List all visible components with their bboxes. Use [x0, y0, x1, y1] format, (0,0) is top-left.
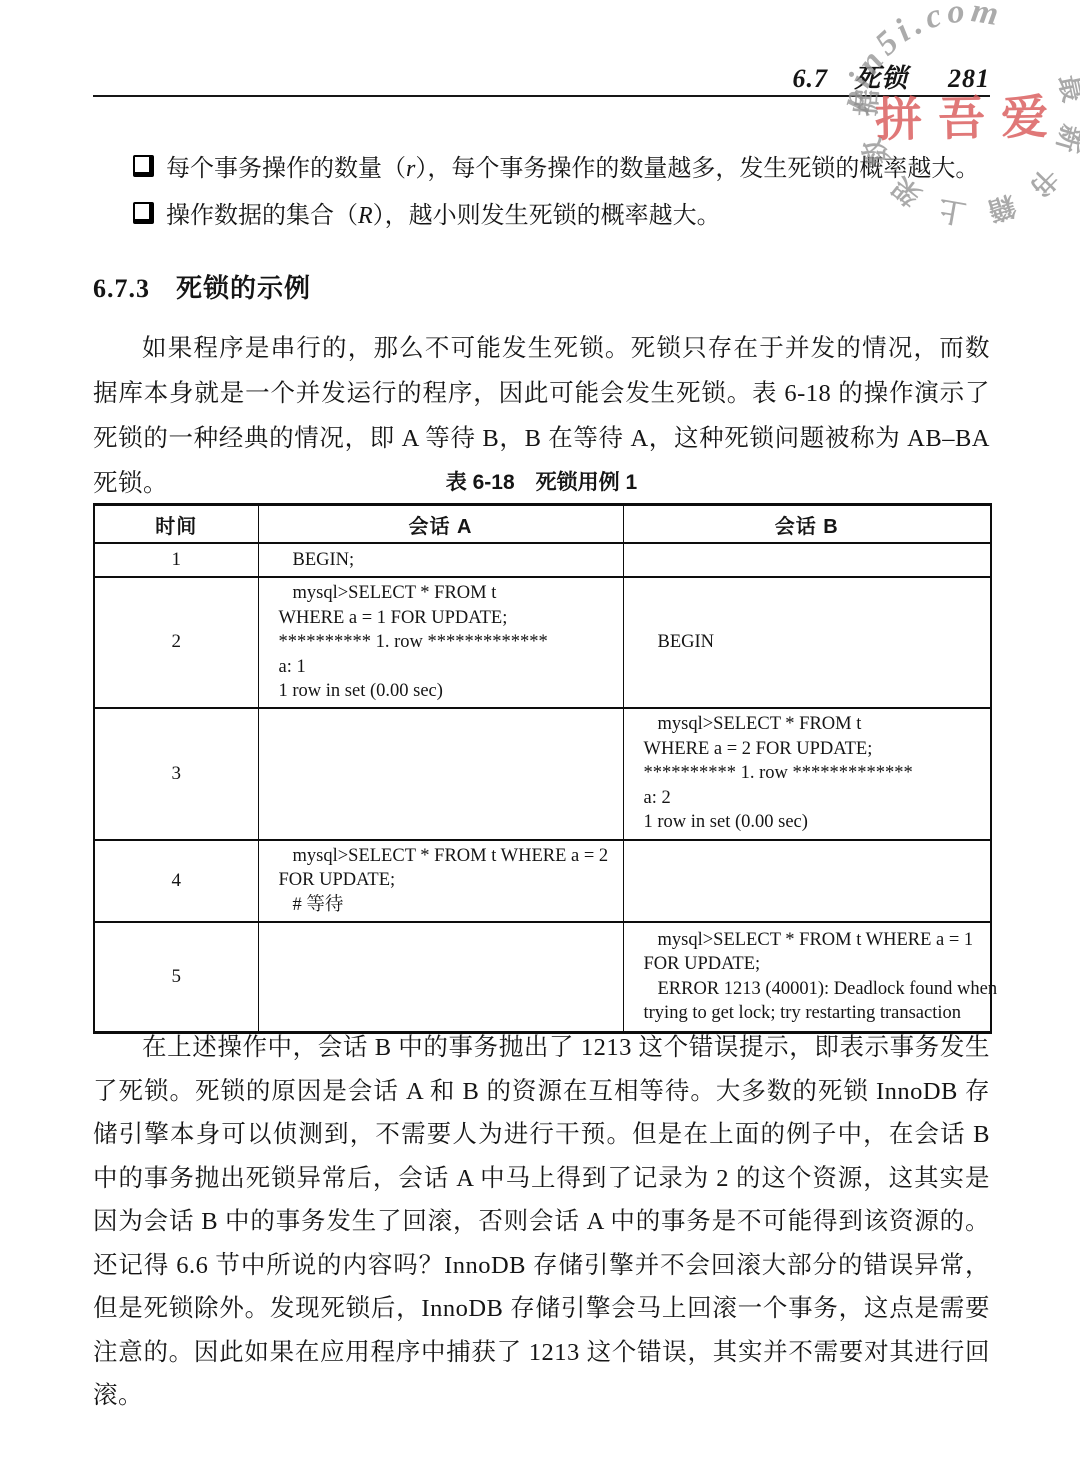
- header-rule: [93, 95, 990, 97]
- code-line: mysql>SELECT * FROM t WHERE a = 1: [628, 928, 987, 953]
- code-line: 1 row in set (0.00 sec): [628, 810, 987, 835]
- running-head-section-number: 6.7: [792, 64, 828, 93]
- code-line: trying to get lock; try restarting trans…: [628, 1001, 987, 1026]
- bullet-text: ），越小则发生死锁的概率越大。: [373, 203, 721, 229]
- column-header: 会话 A: [258, 505, 623, 544]
- table-row: 3mysql>SELECT * FROM tWHERE a = 2 FOR UP…: [94, 708, 991, 840]
- code-line: ********** 1. row *************: [263, 630, 619, 655]
- watermark-ring-char: 新: [1050, 120, 1080, 157]
- bullet-item: 操作数据的集合（R），越小则发生死锁的概率越大。: [133, 193, 993, 240]
- running-head-section-title: 死锁: [854, 64, 908, 93]
- running-head-page-number: 281: [948, 64, 990, 93]
- table-row: 5mysql>SELECT * FROM t WHERE a = 1FOR UP…: [94, 922, 991, 1033]
- session-a-cell: [258, 922, 623, 1033]
- code-line: WHERE a = 2 FOR UPDATE;: [628, 737, 987, 762]
- table-header-row: 时间会话 A会话 B: [94, 505, 991, 544]
- table-body: 1BEGIN;2mysql>SELECT * FROM tWHERE a = 1…: [94, 543, 991, 1032]
- bullet-variable: R: [358, 203, 373, 229]
- ballot-box-icon: [133, 155, 154, 177]
- bullet-item: 每个事务操作的数量（r），每个事务操作的数量越多，发生死锁的概率越大。: [133, 146, 993, 193]
- code-line: mysql>SELECT * FROM t WHERE a = 2: [263, 844, 619, 869]
- time-cell: 1: [94, 543, 258, 577]
- bullet-list: 每个事务操作的数量（r），每个事务操作的数量越多，发生死锁的概率越大。 操作数据…: [133, 146, 993, 240]
- session-b-cell: [623, 543, 991, 577]
- watermark-ring-char: 书: [1023, 160, 1065, 202]
- session-b-cell: [623, 840, 991, 922]
- session-a-cell: [258, 708, 623, 840]
- code-line: 1 row in set (0.00 sec): [263, 679, 619, 704]
- table-row: 2mysql>SELECT * FROM tWHERE a = 1 FOR UP…: [94, 577, 991, 708]
- time-cell: 3: [94, 708, 258, 840]
- code-line: a: 2: [628, 786, 987, 811]
- session-a-cell: BEGIN;: [258, 543, 623, 577]
- table-caption: 表 6-18 死锁用例 1: [93, 466, 990, 496]
- code-line: mysql>SELECT * FROM t: [628, 712, 987, 737]
- code-line: WHERE a = 1 FOR UPDATE;: [263, 606, 619, 631]
- table-row: 4mysql>SELECT * FROM t WHERE a = 2FOR UP…: [94, 840, 991, 922]
- code-line: a: 1: [263, 655, 619, 680]
- time-cell: 2: [94, 577, 258, 708]
- watermark-ring-char: 最: [1053, 71, 1080, 107]
- bullet-variable: r: [406, 156, 415, 182]
- code-line: FOR UPDATE;: [628, 952, 987, 977]
- code-line: ********** 1. row *************: [628, 761, 987, 786]
- bullet-text: 操作数据的集合（: [166, 203, 358, 229]
- code-line: FOR UPDATE;: [263, 868, 619, 893]
- bullet-text: ），每个事务操作的数量越多，发生死锁的概率越大。: [415, 156, 979, 182]
- deadlock-example-table: 时间会话 A会话 B 1BEGIN;2mysql>SELECT * FROM t…: [93, 503, 992, 1034]
- session-b-cell: mysql>SELECT * FROM t WHERE a = 1FOR UPD…: [623, 922, 991, 1033]
- time-cell: 4: [94, 840, 258, 922]
- time-cell: 5: [94, 922, 258, 1033]
- code-line: ERROR 1213 (40001): Deadlock found when: [628, 977, 987, 1002]
- table-row: 1BEGIN;: [94, 543, 991, 577]
- code-line: # 等待: [263, 893, 619, 918]
- column-header: 时间: [94, 505, 258, 544]
- code-line: mysql>SELECT * FROM t: [263, 581, 619, 606]
- book-page: pin5i.com 最新书籍上架数据 拼吾爱 6.7死锁281 每个事务操作的数…: [0, 0, 1080, 1478]
- bullet-text: 每个事务操作的数量（: [166, 156, 406, 182]
- column-header: 会话 B: [623, 505, 991, 544]
- session-a-cell: mysql>SELECT * FROM t WHERE a = 2FOR UPD…: [258, 840, 623, 922]
- section-heading-number: 6.7.3: [93, 274, 150, 303]
- ballot-box-icon: [133, 202, 154, 224]
- section-heading-title: 死锁的示例: [176, 273, 311, 303]
- code-line: BEGIN;: [263, 548, 619, 573]
- session-b-cell: BEGIN: [623, 577, 991, 708]
- code-line: BEGIN: [628, 630, 987, 655]
- section-heading: 6.7.3死锁的示例: [93, 268, 311, 305]
- paragraph-discussion: 在上述操作中，会话 B 中的事务抛出了 1213 这个错误提示，即表示事务发生了…: [93, 1026, 990, 1418]
- running-head: 6.7死锁281: [93, 58, 990, 95]
- session-a-cell: mysql>SELECT * FROM tWHERE a = 1 FOR UPD…: [258, 577, 623, 708]
- session-b-cell: mysql>SELECT * FROM tWHERE a = 2 FOR UPD…: [623, 708, 991, 840]
